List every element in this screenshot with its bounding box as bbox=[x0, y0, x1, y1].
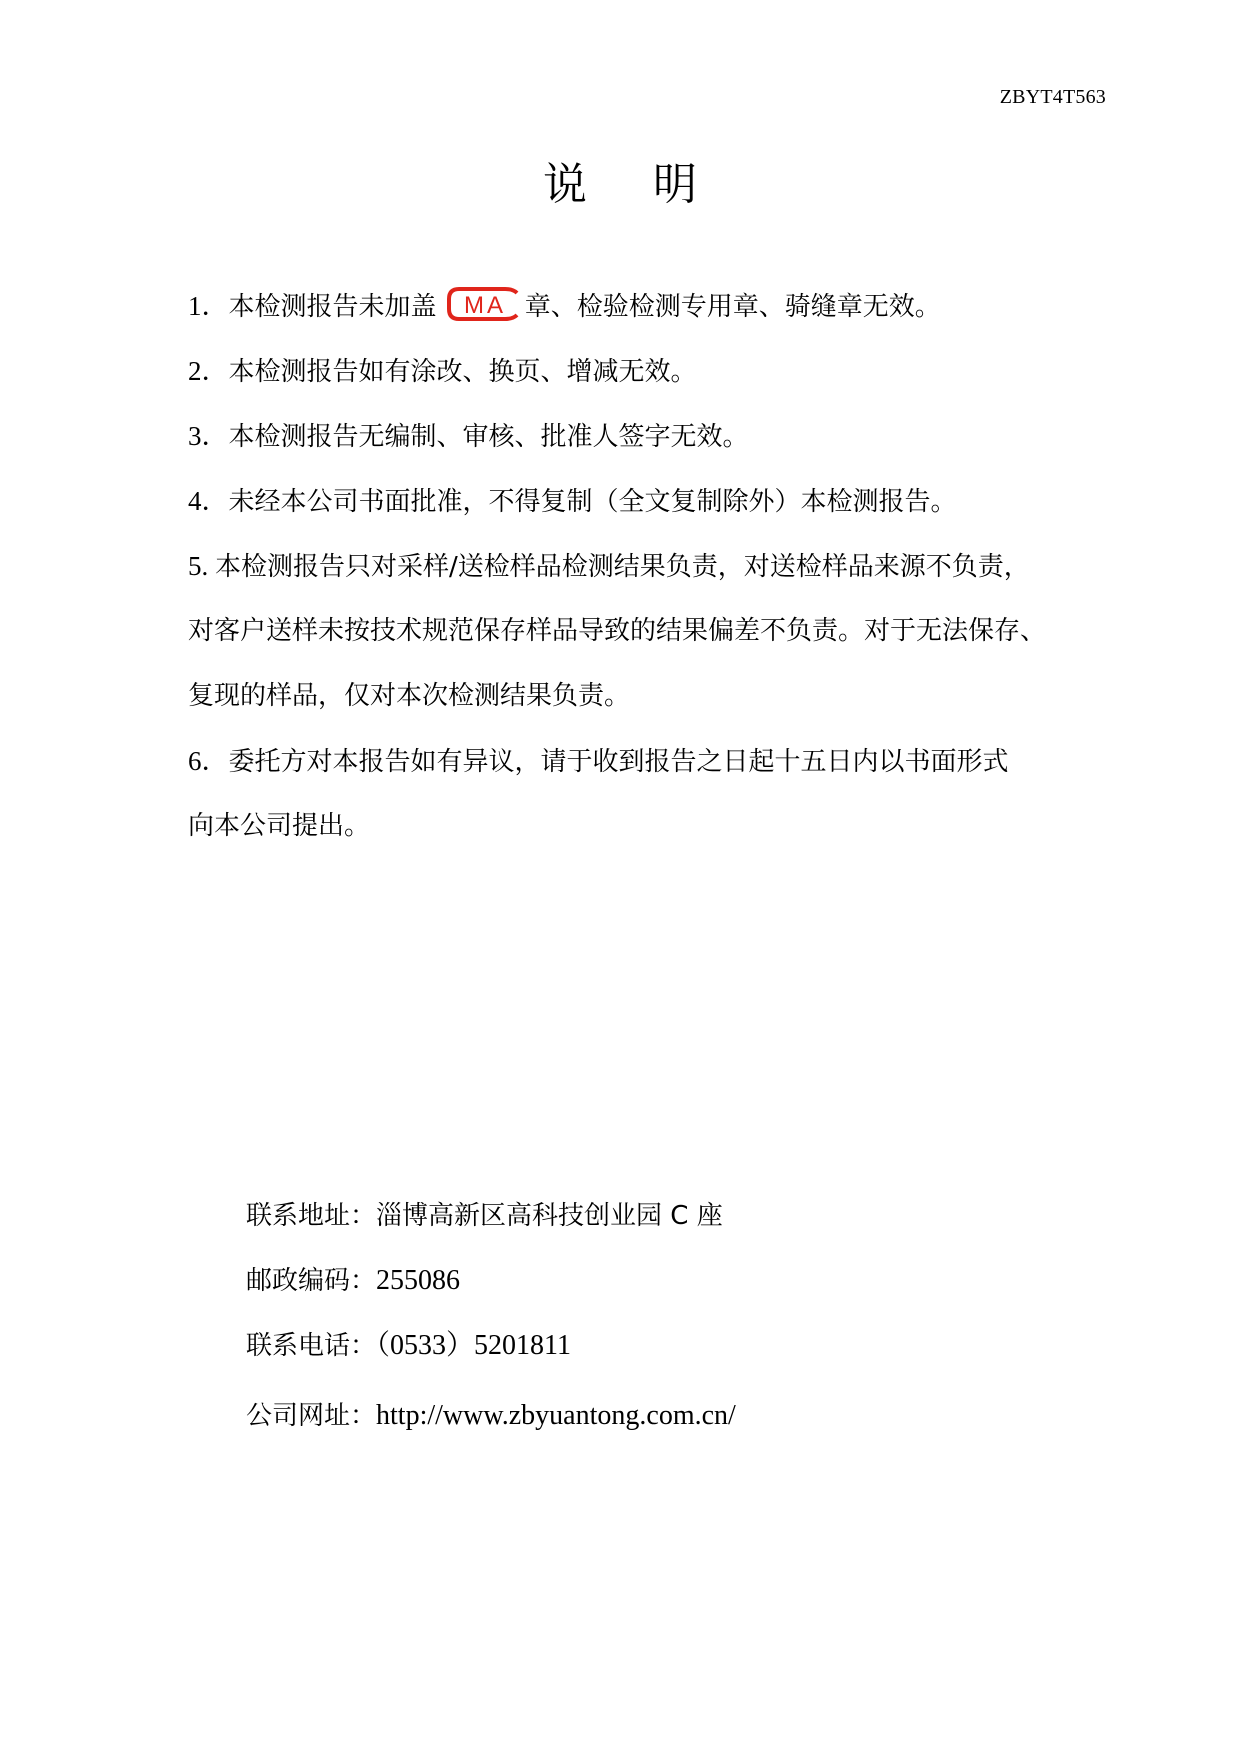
note-item-1: 1．本检测报告未加盖 MA 章、检验检测专用章、骑缝章无效。 bbox=[188, 286, 1128, 351]
page-title: 说 明 bbox=[0, 148, 1240, 212]
note-text: 未经本公司书面批准，不得复制（全文复制除外）本检测报告。 bbox=[229, 487, 957, 517]
note-item-2: 2．本检测报告如有涂改、换页、增减无效。 bbox=[188, 351, 1128, 416]
contact-label: 邮政编码： bbox=[246, 1266, 376, 1296]
svg-text:MA: MA bbox=[464, 292, 506, 319]
document-code: ZBYT4T563 bbox=[1000, 86, 1106, 109]
note-number: 6． bbox=[188, 746, 229, 776]
note-text: 章、检验检测专用章、骑缝章无效。 bbox=[525, 292, 941, 322]
note-item-5: 5. 本检测报告只对采样/送检样品检测结果负责，对送检样品来源不负责， 对客户送… bbox=[188, 546, 1128, 741]
note-text: 本检测报告未加盖 bbox=[229, 292, 437, 322]
website-link[interactable]: http://www.zbyuantong.com.cn/ bbox=[376, 1400, 736, 1431]
contact-value: 255086 bbox=[376, 1265, 460, 1296]
contact-info: 联系地址：淄博高新区高科技创业园 C 座 邮政编码：255086 联系电话：（0… bbox=[246, 1196, 736, 1461]
note-number: 2． bbox=[188, 356, 229, 386]
note-line: 对客户送样未按技术规范保存样品导致的结果偏差不负责。对于无法保存、 bbox=[188, 611, 1128, 676]
notes-list: 1．本检测报告未加盖 MA 章、检验检测专用章、骑缝章无效。 2．本检测报告如有… bbox=[188, 286, 1128, 871]
cma-stamp-icon: MA bbox=[447, 287, 523, 321]
note-number: 1． bbox=[188, 291, 229, 321]
contact-value: （0533）5201811 bbox=[376, 1330, 571, 1361]
contact-label: 联系地址： bbox=[246, 1201, 376, 1231]
note-text: 本检测报告只对采样/送检样品检测结果负责，对送检样品来源不负责， bbox=[215, 552, 1030, 582]
note-line: 复现的样品，仅对本次检测结果负责。 bbox=[188, 676, 1128, 741]
contact-postcode: 邮政编码：255086 bbox=[246, 1261, 736, 1326]
contact-value: 淄博高新区高科技创业园 C 座 bbox=[376, 1201, 723, 1231]
note-line: 向本公司提出。 bbox=[188, 806, 1128, 871]
note-number: 4． bbox=[188, 486, 229, 516]
note-line: 6．委托方对本报告如有异议，请于收到报告之日起十五日内以书面形式 bbox=[188, 741, 1128, 806]
note-item-6: 6．委托方对本报告如有异议，请于收到报告之日起十五日内以书面形式 向本公司提出。 bbox=[188, 741, 1128, 871]
note-item-3: 3．本检测报告无编制、审核、批准人签字无效。 bbox=[188, 416, 1128, 481]
note-text: 本检测报告如有涂改、换页、增减无效。 bbox=[229, 357, 697, 387]
note-number: 5. bbox=[188, 551, 215, 581]
note-item-4: 4．未经本公司书面批准，不得复制（全文复制除外）本检测报告。 bbox=[188, 481, 1128, 546]
note-text: 委托方对本报告如有异议，请于收到报告之日起十五日内以书面形式 bbox=[229, 747, 1009, 777]
contact-label: 公司网址： bbox=[246, 1401, 376, 1431]
note-text: 本检测报告无编制、审核、批准人签字无效。 bbox=[229, 422, 749, 452]
note-number: 3． bbox=[188, 421, 229, 451]
contact-phone: 联系电话：（0533）5201811 bbox=[246, 1326, 736, 1391]
contact-website: 公司网址：http://www.zbyuantong.com.cn/ bbox=[246, 1396, 736, 1461]
contact-address: 联系地址：淄博高新区高科技创业园 C 座 bbox=[246, 1196, 736, 1261]
contact-label: 联系电话： bbox=[246, 1331, 376, 1361]
note-line: 5. 本检测报告只对采样/送检样品检测结果负责，对送检样品来源不负责， bbox=[188, 546, 1128, 611]
